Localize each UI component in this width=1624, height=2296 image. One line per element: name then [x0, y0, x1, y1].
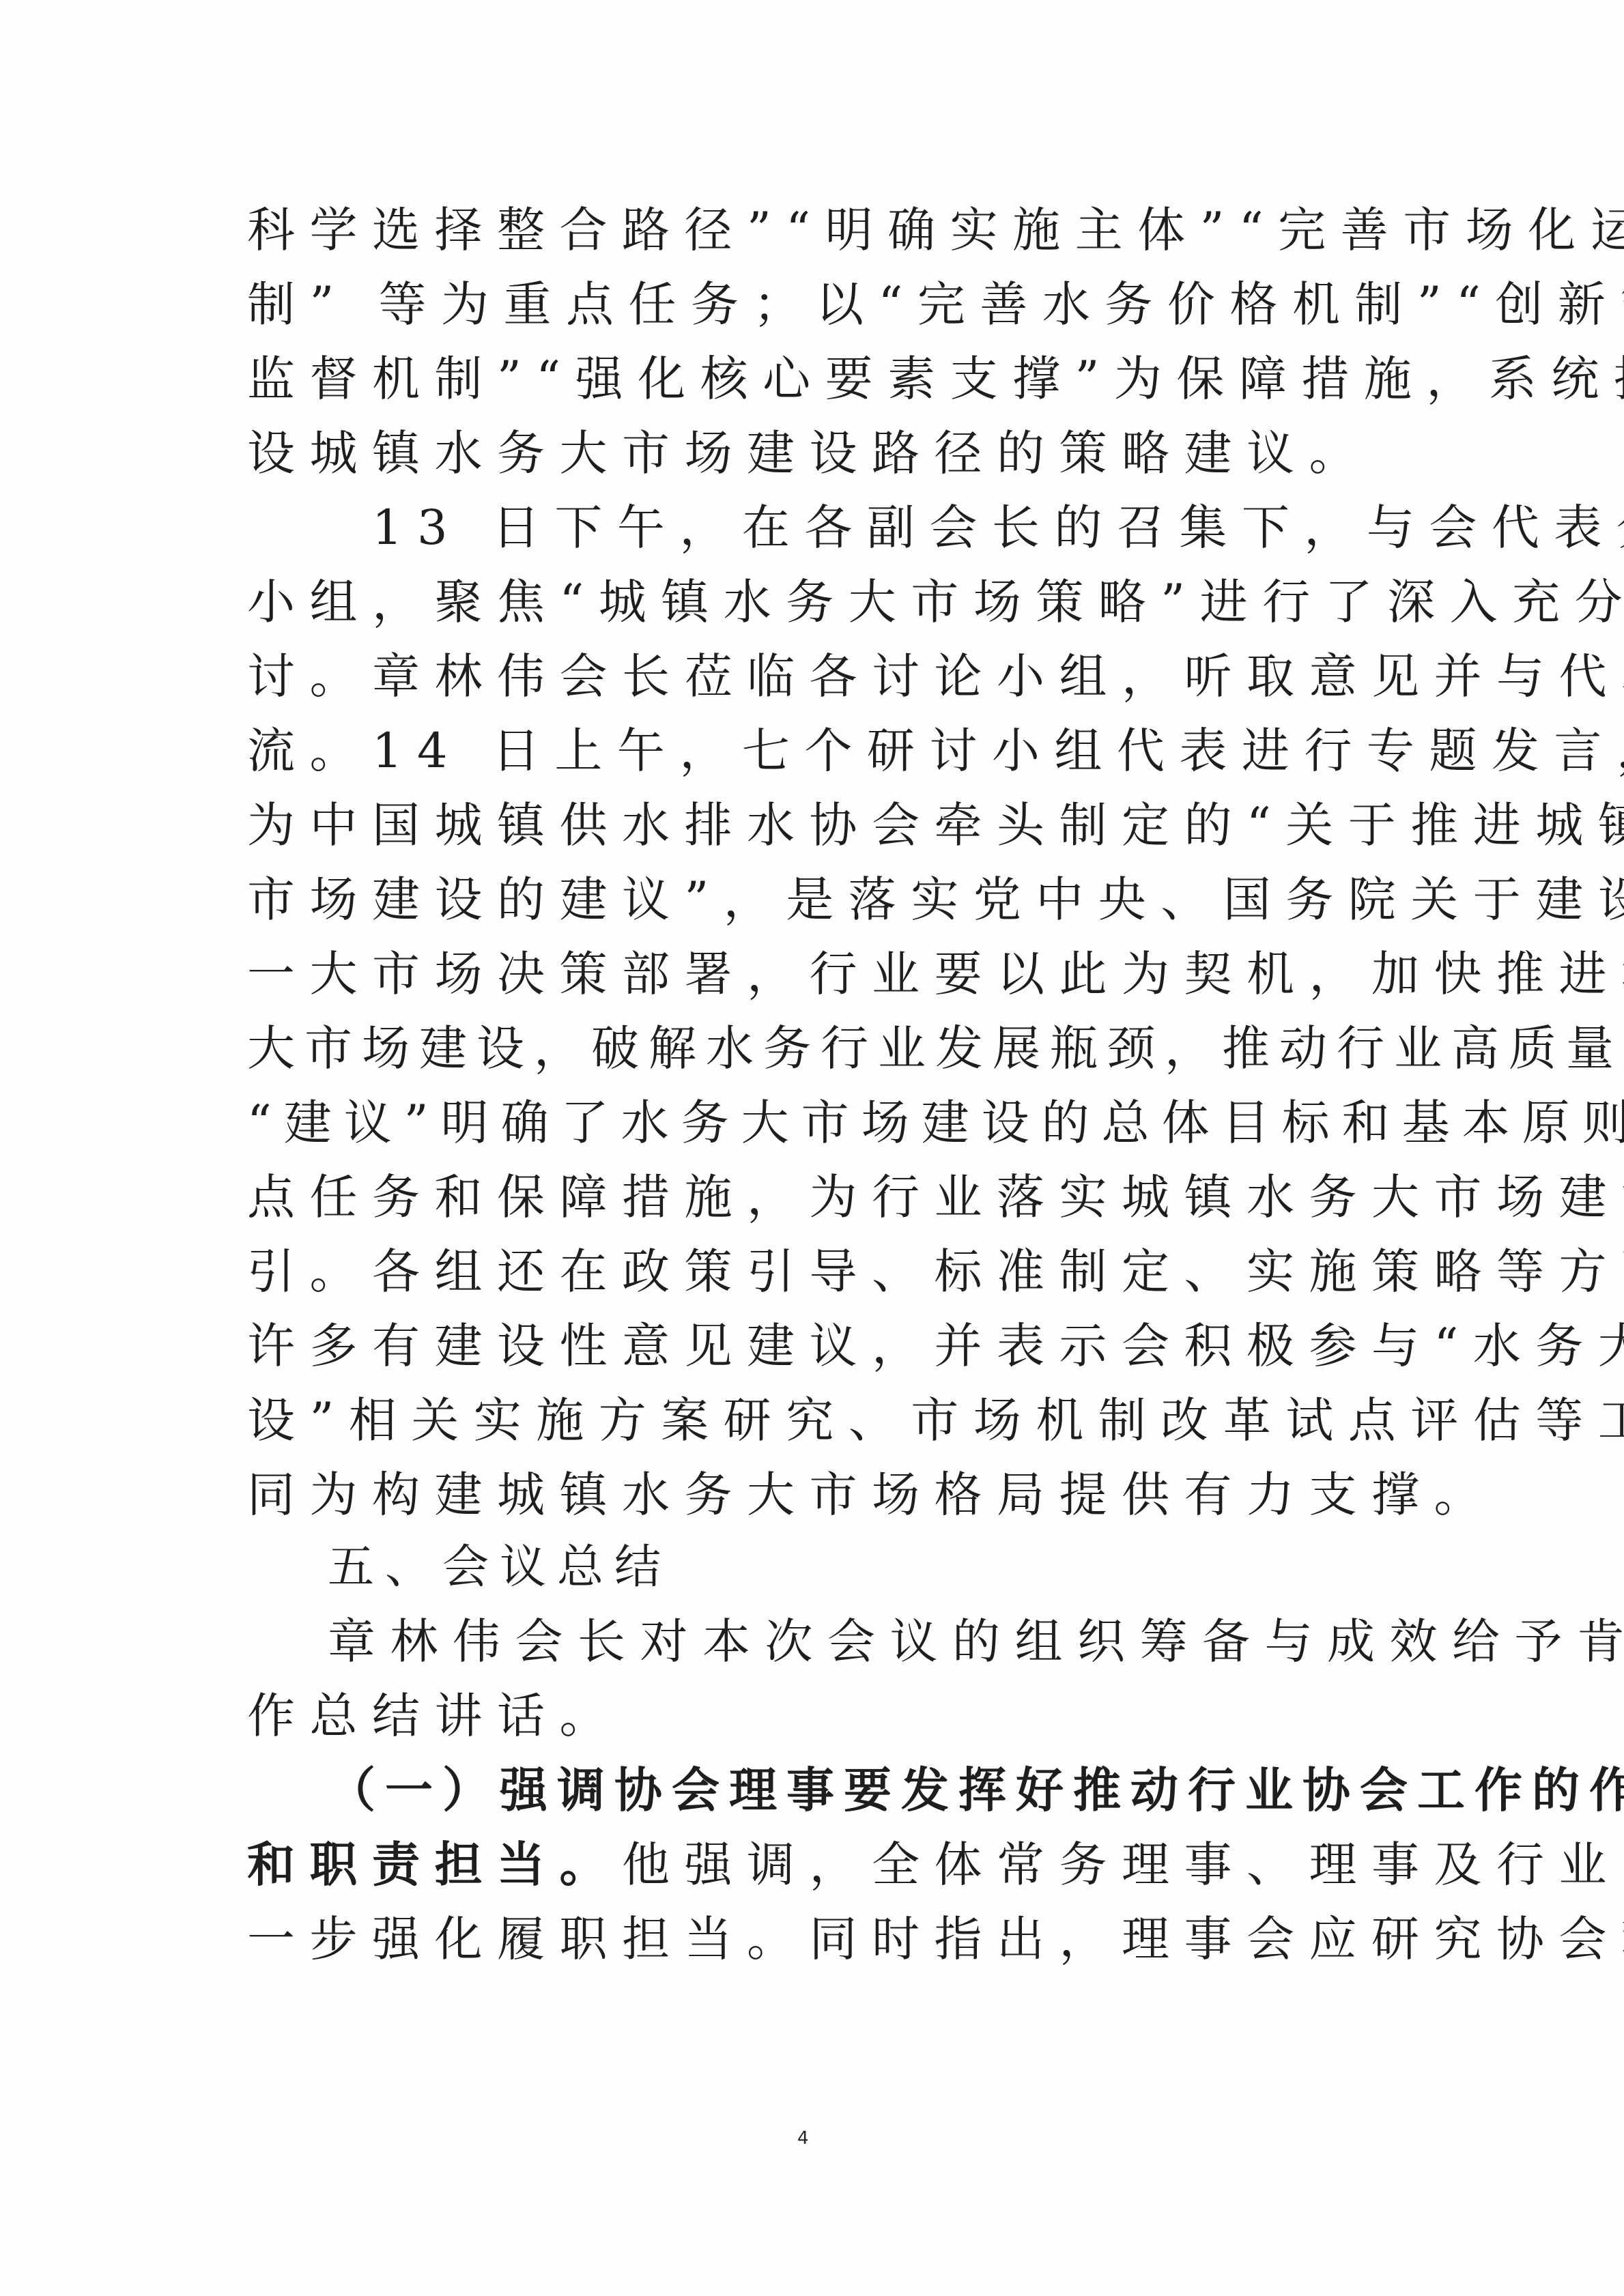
- paragraph-line: 为中国城镇供水排水协会牵头制定的“关于推进城镇水务大: [247, 801, 1380, 870]
- paragraph-line: 制” 等为重点任务；以“完善水务价格机制”“创新管理: [247, 281, 1380, 349]
- paragraph-line: 许多有建设性意见建议，并表示会积极参与“水务大市场建: [247, 1322, 1380, 1390]
- paragraph-line: 引。各组还在政策引导、标准制定、实施策略等方面提出了: [247, 1248, 1380, 1316]
- paragraph-line: 监督机制”“强化核心要素支撑”为保障措施，系统提出建: [247, 355, 1380, 423]
- point-one-lead-end: 和职责担当。: [247, 1836, 622, 1893]
- point-one-text: 他强调，全体常务理事、理事及行业骨干要进: [622, 1837, 1624, 1893]
- paragraph-line: 科学选择整合路径”“明确实施主体”“完善市场化运营机: [247, 206, 1380, 274]
- paragraph-line: 一大市场决策部署，行业要以此为契机，加快推进城镇水务: [247, 950, 1380, 1018]
- document-page: 科学选择整合路径”“明确实施主体”“完善市场化运营机 制” 等为重点任务；以“完…: [0, 0, 1624, 2296]
- paragraph-line: 设城镇水务大市场建设路径的策略建议。: [247, 429, 1380, 498]
- section-heading: 五、会议总结: [328, 1544, 1461, 1612]
- paragraph-line: 大市场建设，破解水务行业发展瓶颈，推动行业高质量发展。: [247, 1024, 1380, 1093]
- paragraph-line: 点任务和保障措施，为行业落实城镇水务大市场建设提供指: [247, 1173, 1380, 1242]
- paragraph-line: 13 日下午，在各副会长的召集下，与会代表分为七个: [372, 504, 1505, 572]
- page-number: 4: [797, 2128, 809, 2149]
- paragraph-line: 和职责担当。他强调，全体常务理事、理事及行业骨干要进: [247, 1841, 1380, 1909]
- paragraph-line: 市场建设的建议”，是落实党中央、国务院关于建设全国统: [247, 876, 1380, 944]
- paragraph-line: 小组，聚焦“城镇水务大市场策略”进行了深入充分交流和研: [247, 578, 1380, 646]
- paragraph-line: “建议”明确了水务大市场建设的总体目标和基本原则、重: [247, 1099, 1380, 1167]
- paragraph-line: 作总结讲话。: [247, 1692, 1380, 1760]
- paragraph-line: 讨。章林伟会长莅临各讨论小组，听取意见并与代表互动交: [247, 652, 1380, 721]
- paragraph-line: 同为构建城镇水务大市场格局提供有力支撑。: [247, 1471, 1380, 1539]
- paragraph-line: 章林伟会长对本次会议的组织筹备与成效给予肯定，并: [328, 1618, 1461, 1686]
- paragraph-line: 流。14 日上午，七个研讨小组代表进行专题发言，普遍认: [247, 727, 1380, 795]
- point-one-lead: （一）强调协会理事要发挥好推动行业协会工作的作用: [328, 1766, 1461, 1835]
- paragraph-line: 一步强化履职担当。同时指出，理事会应研究协会和行业重: [247, 1915, 1380, 1983]
- paragraph-line: 设”相关实施方案研究、市场机制改革试点评估等工作，共: [247, 1396, 1380, 1465]
